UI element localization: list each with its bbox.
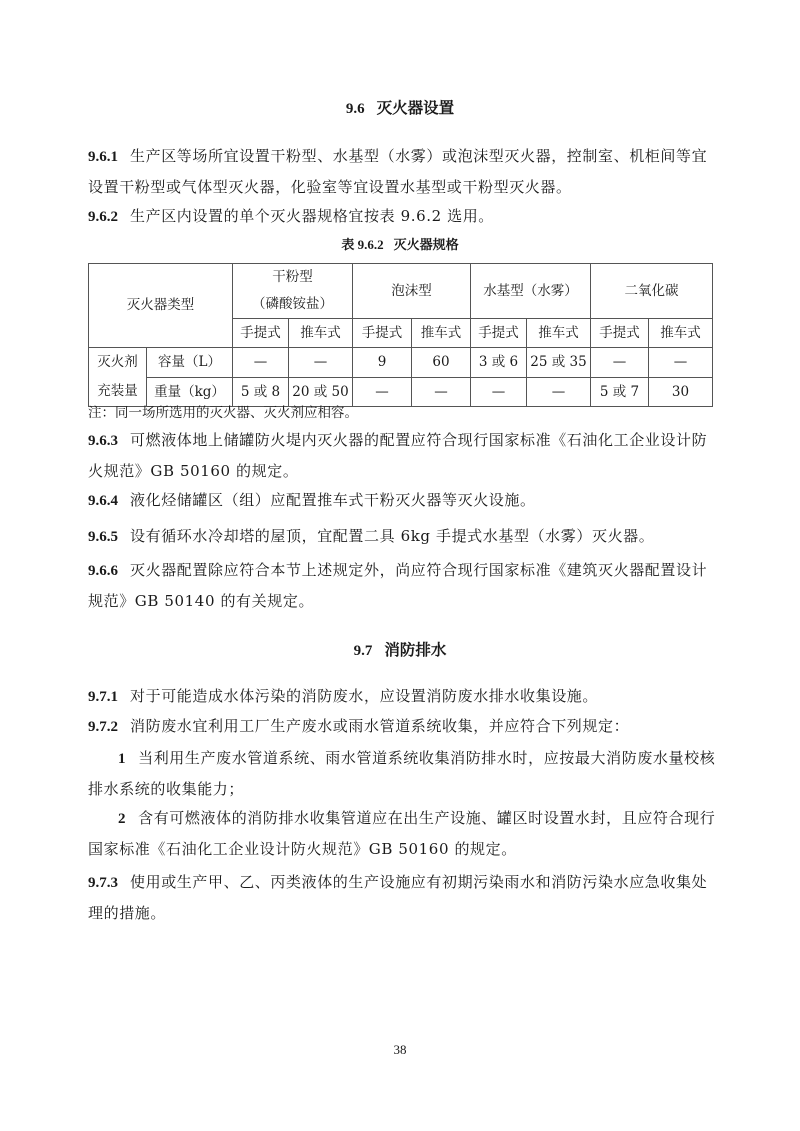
- section-title-text: 灭火器设置: [377, 99, 455, 117]
- table-cell: —: [649, 348, 713, 378]
- clause-text: 消防废水宜利用工厂生产废水或雨水管道系统收集，并应符合下列规定：: [130, 717, 629, 735]
- clause-text: 可燃液体地上储罐防火堤内灭火器的配置应符合现行国家标准《石油化工企业设计防火规范…: [88, 431, 707, 480]
- item-text: 当利用生产废水管道系统、雨水管道系统收集消防排水时，应按最大消防废水量校核排水系…: [88, 749, 715, 798]
- section-heading-9-7: 9.7消防排水: [0, 638, 800, 660]
- subheader-cell: 推车式: [412, 319, 471, 348]
- page-number: 38: [0, 1042, 800, 1058]
- table-cell: 3 或 6: [471, 348, 527, 378]
- clause-number: 9.6.1: [88, 149, 118, 165]
- clause-9-7-3: 9.7.3使用或生产甲、乙、丙类液体的生产设施应有初期污染雨水和消防污染水应急收…: [88, 867, 716, 928]
- clause-9-6-2: 9.6.2生产区内设置的单个灭火器规格宜按表 9.6.2 选用。: [88, 201, 716, 232]
- table-title: 灭火器规格: [394, 238, 459, 253]
- table-cell: —: [233, 348, 289, 378]
- table-cell: —: [289, 348, 353, 378]
- clause-text: 生产区内设置的单个灭火器规格宜按表 9.6.2 选用。: [130, 207, 494, 225]
- clause-9-6-1: 9.6.1生产区等场所宜设置干粉型、水基型（水雾）或泡沫型灭火器，控制室、机柜间…: [88, 141, 716, 202]
- list-item-2: 2含有可燃液体的消防排水收集管道应在出生产设施、罐区时设置水封，且应符合现行国家…: [88, 803, 716, 864]
- header-group-water: 水基型（水雾）: [471, 264, 591, 319]
- section-number: 9.7: [354, 643, 373, 659]
- item-text: 含有可燃液体的消防排水收集管道应在出生产设施、罐区时设置水封，且应符合现行国家标…: [88, 809, 715, 858]
- clause-number: 9.7.1: [88, 689, 118, 705]
- row-label: 重量（kg）: [147, 378, 233, 407]
- item-number: 2: [118, 811, 126, 827]
- clause-9-6-4: 9.6.4液化烃储罐区（组）应配置推车式干粉灭火器等灭火设施。: [88, 485, 716, 516]
- table-note: 注：同一场所选用的灭火器、灭火剂应相容。: [88, 404, 358, 422]
- subheader-cell: 手提式: [233, 319, 289, 348]
- header-group-foam: 泡沫型: [353, 264, 471, 319]
- subheader-cell: 推车式: [289, 319, 353, 348]
- header-line: 干粉型: [233, 264, 352, 291]
- clause-text: 液化烃储罐区（组）应配置推车式干粉灭火器等灭火设施。: [130, 491, 536, 509]
- clause-number: 9.6.6: [88, 563, 118, 579]
- table-cell: —: [471, 378, 527, 407]
- clause-text: 设有循环水冷却塔的屋顶，宜配置二具 6kg 手提式水基型（水雾）灭火器。: [130, 527, 654, 545]
- subheader-cell: 手提式: [471, 319, 527, 348]
- subheader-cell: 推车式: [527, 319, 591, 348]
- table-cell: 5 或 8: [233, 378, 289, 407]
- table-caption: 表 9.6.2灭火器规格: [0, 234, 800, 253]
- extinguisher-spec-table: 灭火器类型 干粉型 （磷酸铵盐） 泡沫型 水基型（水雾） 二氧化碳 手提式 推车…: [88, 263, 713, 407]
- table-cell: —: [591, 348, 649, 378]
- row-group-line: 充装量: [89, 377, 146, 406]
- clause-number: 9.6.3: [88, 433, 118, 449]
- clause-9-7-1: 9.7.1对于可能造成水体污染的消防废水，应设置消防废水排水收集设施。: [88, 681, 716, 712]
- table-number: 表 9.6.2: [341, 237, 383, 252]
- clause-number: 9.6.5: [88, 529, 118, 545]
- row-label: 容量（L）: [147, 348, 233, 378]
- clause-number: 9.7.3: [88, 875, 118, 891]
- table-cell: 5 或 7: [591, 378, 649, 407]
- section-heading-9-6: 9.6灭火器设置: [0, 96, 800, 118]
- list-item-1: 1当利用生产废水管道系统、雨水管道系统收集消防排水时，应按最大消防废水量校核排水…: [88, 743, 716, 804]
- row-group-label: 灭火剂 充装量: [89, 348, 147, 407]
- clause-number: 9.6.2: [88, 209, 118, 225]
- section-number: 9.6: [346, 101, 365, 117]
- clause-9-6-3: 9.6.3可燃液体地上储罐防火堤内灭火器的配置应符合现行国家标准《石油化工企业设…: [88, 425, 716, 486]
- subheader-cell: 推车式: [649, 319, 713, 348]
- header-group-co2: 二氧化碳: [591, 264, 713, 319]
- table-cell: 25 或 35: [527, 348, 591, 378]
- header-type: 灭火器类型: [89, 264, 233, 348]
- table-cell: 30: [649, 378, 713, 407]
- table-cell: 20 或 50: [289, 378, 353, 407]
- subheader-cell: 手提式: [591, 319, 649, 348]
- table-cell: 9: [353, 348, 412, 378]
- header-group-dry-powder: 干粉型 （磷酸铵盐）: [233, 264, 353, 319]
- subheader-cell: 手提式: [353, 319, 412, 348]
- clause-9-6-6: 9.6.6灭火器配置除应符合本节上述规定外，尚应符合现行国家标准《建筑灭火器配置…: [88, 555, 716, 616]
- clause-text: 使用或生产甲、乙、丙类液体的生产设施应有初期污染雨水和消防污染水应急收集处理的措…: [88, 873, 707, 922]
- clause-9-7-2: 9.7.2消防废水宜利用工厂生产废水或雨水管道系统收集，并应符合下列规定：: [88, 711, 716, 742]
- table-header-row: 灭火器类型 干粉型 （磷酸铵盐） 泡沫型 水基型（水雾） 二氧化碳: [89, 264, 713, 319]
- item-number: 1: [118, 751, 126, 767]
- table-cell: —: [527, 378, 591, 407]
- section-title-text: 消防排水: [384, 641, 446, 659]
- table-row: 重量（kg） 5 或 8 20 或 50 — — — — 5 或 7 30: [89, 378, 713, 407]
- row-group-line: 灭火剂: [89, 348, 146, 377]
- clause-number: 9.7.2: [88, 719, 118, 735]
- clause-text: 对于可能造成水体污染的消防废水，应设置消防废水排水收集设施。: [130, 687, 598, 705]
- table-row: 灭火剂 充装量 容量（L） — — 9 60 3 或 6 25 或 35 — —: [89, 348, 713, 378]
- document-page: 9.6灭火器设置 9.6.1生产区等场所宜设置干粉型、水基型（水雾）或泡沫型灭火…: [0, 0, 800, 1131]
- table-cell: —: [353, 378, 412, 407]
- header-line: （磷酸铵盐）: [233, 291, 352, 318]
- table-cell: —: [412, 378, 471, 407]
- clause-text: 灭火器配置除应符合本节上述规定外，尚应符合现行国家标准《建筑灭火器配置设计规范》…: [88, 561, 707, 610]
- clause-9-6-5: 9.6.5设有循环水冷却塔的屋顶，宜配置二具 6kg 手提式水基型（水雾）灭火器…: [88, 521, 716, 552]
- table-cell: 60: [412, 348, 471, 378]
- clause-text: 生产区等场所宜设置干粉型、水基型（水雾）或泡沫型灭火器，控制室、机柜间等宜设置干…: [88, 147, 707, 196]
- clause-number: 9.6.4: [88, 493, 118, 509]
